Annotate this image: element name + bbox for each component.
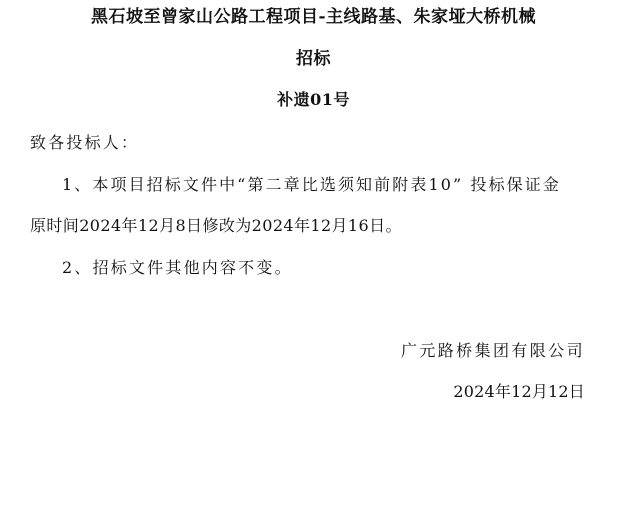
- item-2: 2、招标文件其他内容不变。: [62, 260, 293, 276]
- salutation: 致各投标人：: [30, 135, 139, 151]
- item-1-line-2: 原时间2024年12月8日修改为2024年12月16日。: [30, 218, 402, 234]
- signature-company: 广元路桥集团有限公司: [401, 343, 585, 359]
- document-title-line-1: 黑石坡至曾家山公路工程项目-主线路基、朱家垭大桥机械: [0, 9, 627, 26]
- item-1-line-1: 1、本项目招标文件中“第二章比选须知前附表10” 投标保证金: [62, 177, 561, 193]
- signature-date: 2024年12月12日: [453, 384, 585, 400]
- document-title-line-2: 招标: [0, 51, 627, 68]
- document-subtitle: 补遗01号: [0, 92, 627, 108]
